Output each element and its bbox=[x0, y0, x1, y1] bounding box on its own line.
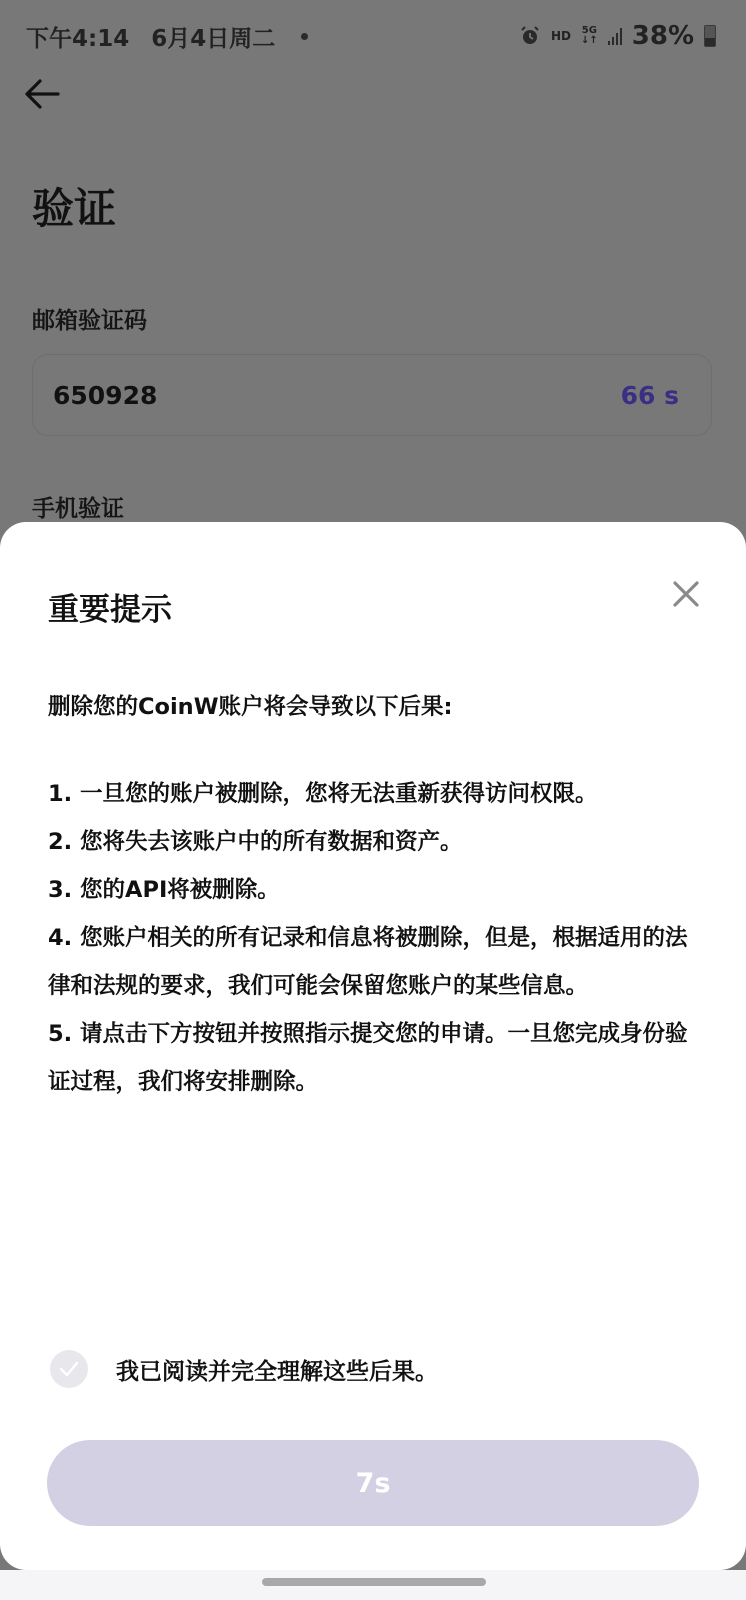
status-bar: 下午4:14 6月4日周二 HD 5G↓↑ 38% bbox=[26, 18, 716, 54]
notice-item: 5. 请点击下方按钮并按照指示提交您的申请。一旦您完成身份验证过程，我们将安排删… bbox=[48, 1010, 706, 1106]
agree-checkbox[interactable] bbox=[50, 1350, 88, 1388]
5g-icon: 5G↓↑ bbox=[581, 26, 598, 46]
page-title: 验证 bbox=[32, 176, 116, 236]
signal-icon bbox=[608, 27, 622, 45]
status-time: 下午4:14 bbox=[26, 20, 129, 53]
navigation-bar bbox=[0, 1570, 746, 1600]
alarm-icon bbox=[519, 25, 541, 47]
sheet-title: 重要提示 bbox=[48, 584, 172, 629]
agree-label[interactable]: 我已阅读并完全理解这些后果。 bbox=[116, 1353, 438, 1386]
resend-timer[interactable]: 66 s bbox=[621, 381, 679, 410]
hd-icon: HD bbox=[551, 29, 571, 43]
notification-dot-icon bbox=[301, 33, 308, 40]
status-icons: HD 5G↓↑ 38% bbox=[519, 21, 716, 51]
battery-icon bbox=[704, 25, 716, 47]
notice-intro: 删除您的CoinW账户将会导致以下后果: bbox=[48, 692, 706, 722]
close-button[interactable] bbox=[666, 574, 706, 614]
back-button[interactable] bbox=[22, 76, 66, 116]
close-icon bbox=[666, 574, 706, 614]
important-notice-sheet: 重要提示 删除您的CoinW账户将会导致以下后果: 1. 一旦您的账户被删除，您… bbox=[0, 522, 746, 1570]
confirm-countdown-button[interactable]: 7s bbox=[47, 1440, 699, 1526]
notice-body: 删除您的CoinW账户将会导致以下后果: 1. 一旦您的账户被删除，您将无法重新… bbox=[48, 692, 706, 1106]
notice-item: 2. 您将失去该账户中的所有数据和资产。 bbox=[48, 818, 706, 866]
battery-percent: 38% bbox=[632, 21, 694, 51]
arrow-left-icon bbox=[22, 76, 62, 112]
email-code-value: 650928 bbox=[53, 381, 621, 410]
email-code-label: 邮箱验证码 bbox=[32, 302, 147, 335]
notice-item: 1. 一旦您的账户被删除，您将无法重新获得访问权限。 bbox=[48, 770, 706, 818]
notice-item: 3. 您的API将被删除。 bbox=[48, 866, 706, 914]
email-code-field[interactable]: 650928 66 s bbox=[32, 354, 712, 436]
home-indicator[interactable] bbox=[262, 1578, 486, 1586]
status-date: 6月4日周二 bbox=[151, 20, 275, 53]
agree-row[interactable]: 我已阅读并完全理解这些后果。 bbox=[50, 1350, 438, 1388]
phone-verify-label: 手机验证 bbox=[32, 490, 124, 523]
checkmark-icon bbox=[59, 1361, 79, 1377]
notice-item: 4. 您账户相关的所有记录和信息将被删除，但是，根据适用的法律和法规的要求，我们… bbox=[48, 914, 706, 1010]
